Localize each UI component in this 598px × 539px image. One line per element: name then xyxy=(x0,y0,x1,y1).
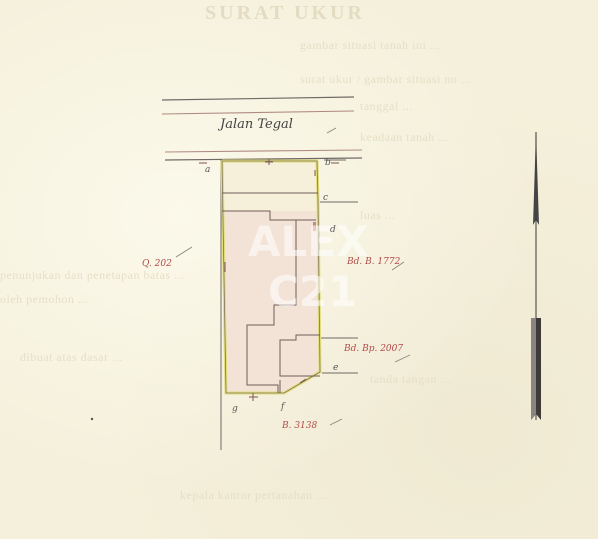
corner-label-e: e xyxy=(333,363,338,373)
watermark-line2: C21 xyxy=(268,268,357,316)
corner-label-b: b xyxy=(325,158,331,168)
corner-label-c: c xyxy=(323,193,328,203)
parcel-label-east-upper: Bd. B. 1772 xyxy=(347,257,400,267)
corner-label-a: a xyxy=(205,165,210,175)
corner-label-f: f xyxy=(281,402,284,412)
corner-label-g: g xyxy=(232,404,238,414)
parcel-label-south: B. 3138 xyxy=(282,421,317,431)
corner-label-d: d xyxy=(330,225,336,235)
street-name: Jalan Tegal xyxy=(220,117,293,132)
north-arrow-icon xyxy=(531,132,541,420)
parcel-label-west: Q. 202 xyxy=(142,259,172,269)
parcel-label-east-lower: Bd. Bp. 2007 xyxy=(344,344,403,354)
